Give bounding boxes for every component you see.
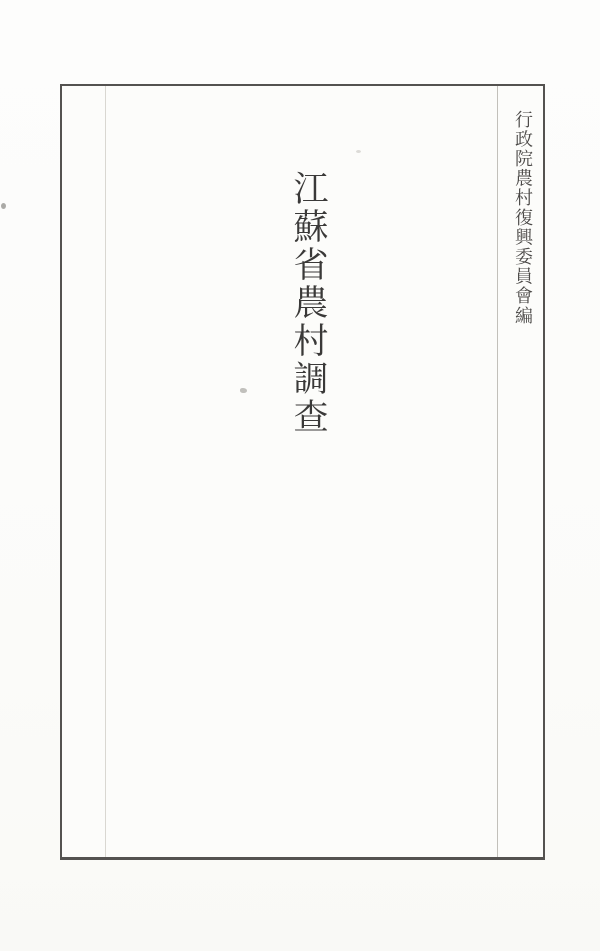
left-margin-rule xyxy=(105,86,106,857)
scanned-page: 江蘇省農村調查 行政院農村復興委員會編 xyxy=(0,0,600,951)
scan-speck xyxy=(240,388,247,393)
compiler-attribution: 行政院農村復興委員會編 xyxy=(510,110,536,326)
scan-speck xyxy=(356,150,361,153)
scan-speck xyxy=(1,203,6,209)
attribution-column-rule xyxy=(497,86,498,857)
book-title: 江蘇省農村調查 xyxy=(283,170,333,436)
